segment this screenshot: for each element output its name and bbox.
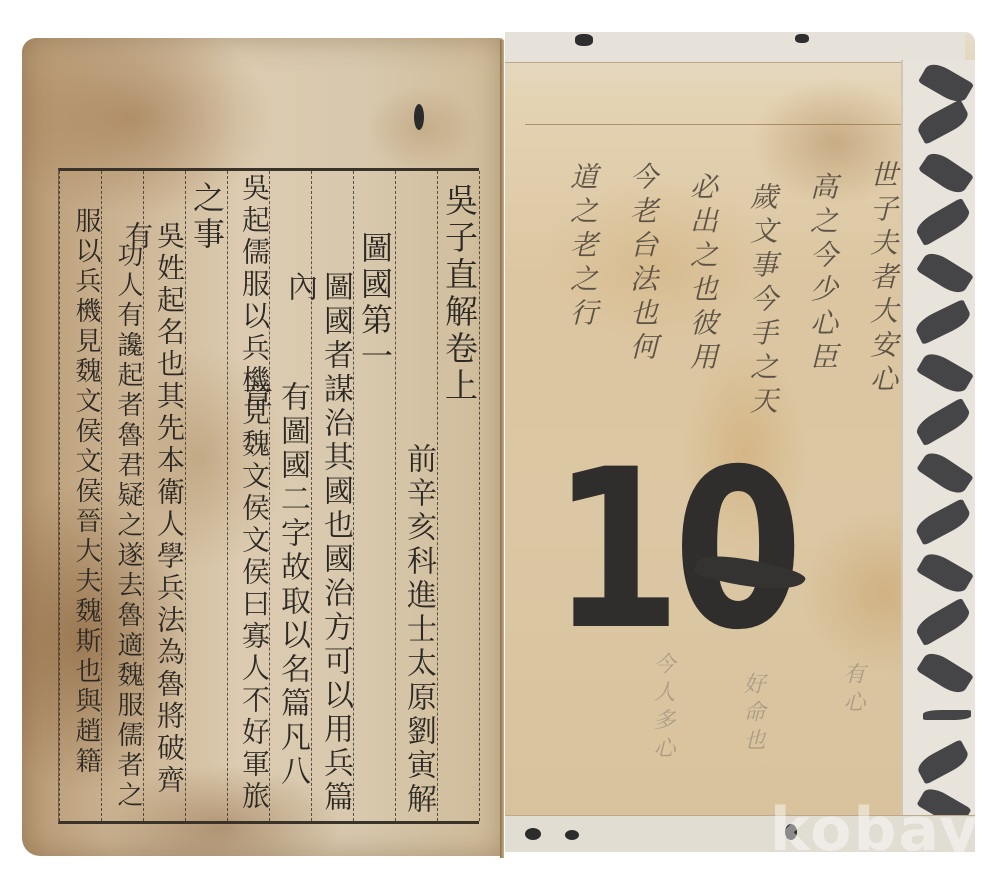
text-column: 功人有讒起者魯君疑之遂去魯適魏服儒者之 — [103, 241, 143, 811]
handwritten-column: 世子夫者大安心 — [865, 160, 899, 398]
large-ink-number-mark: 10 — [551, 440, 794, 660]
handwritten-column: 今老台法也何 — [625, 162, 659, 366]
handwritten-column: 必出之也彼用 — [685, 172, 719, 376]
text-column: 服以兵機見魏文侯文侯晉大夫魏斯也與趙籍 — [61, 207, 101, 777]
chapter-heading: 圖國第一 — [355, 231, 395, 375]
printed-text-frame: 吳子直解卷上 前辛亥科進士太原劉寅解 圖國第一 圖國者謀治其國也國治方可以用兵篇… — [58, 168, 479, 824]
handwritten-column: 高之今少心臣 — [805, 172, 839, 376]
left-printed-page: 吳子直解卷上 前辛亥科進士太原劉寅解 圖國第一 圖國者謀治其國也國治方可以用兵篇… — [22, 38, 504, 856]
author-line: 前辛亥科進士太原劉寅解 — [397, 443, 437, 817]
ink-blot — [414, 104, 424, 130]
text-column: 之事 — [187, 181, 227, 253]
text-column: 吳姓起名也其先本衛人學兵法為魯將破齊有 — [145, 221, 185, 821]
text-column: 吳起儒服以兵機見魏文侯文侯曰寡人不好軍旅 — [229, 173, 269, 813]
watermark: kobay — [770, 795, 980, 865]
book-title: 吳子直解卷上 — [439, 183, 479, 405]
handwritten-column: 道之老之行 — [565, 162, 599, 332]
fold-line — [525, 124, 915, 125]
text-column: 圖國者謀治其國也國治方可以用兵篇內 — [313, 271, 353, 821]
faint-handwriting: 有心 — [835, 662, 869, 718]
faint-handwriting: 好命也 — [735, 672, 769, 756]
book-spine — [500, 40, 504, 858]
patterned-cover-edge — [901, 60, 975, 830]
top-cover-strip — [505, 32, 965, 63]
text-column: 有圖國二字故取以名篇凡八章 — [271, 381, 311, 821]
handwritten-column: 歲文事今手之天 — [745, 182, 779, 420]
book-photo: 吳子直解卷上 前辛亥科進士太原劉寅解 圖國第一 圖國者謀治其國也國治方可以用兵篇… — [0, 0, 1000, 881]
